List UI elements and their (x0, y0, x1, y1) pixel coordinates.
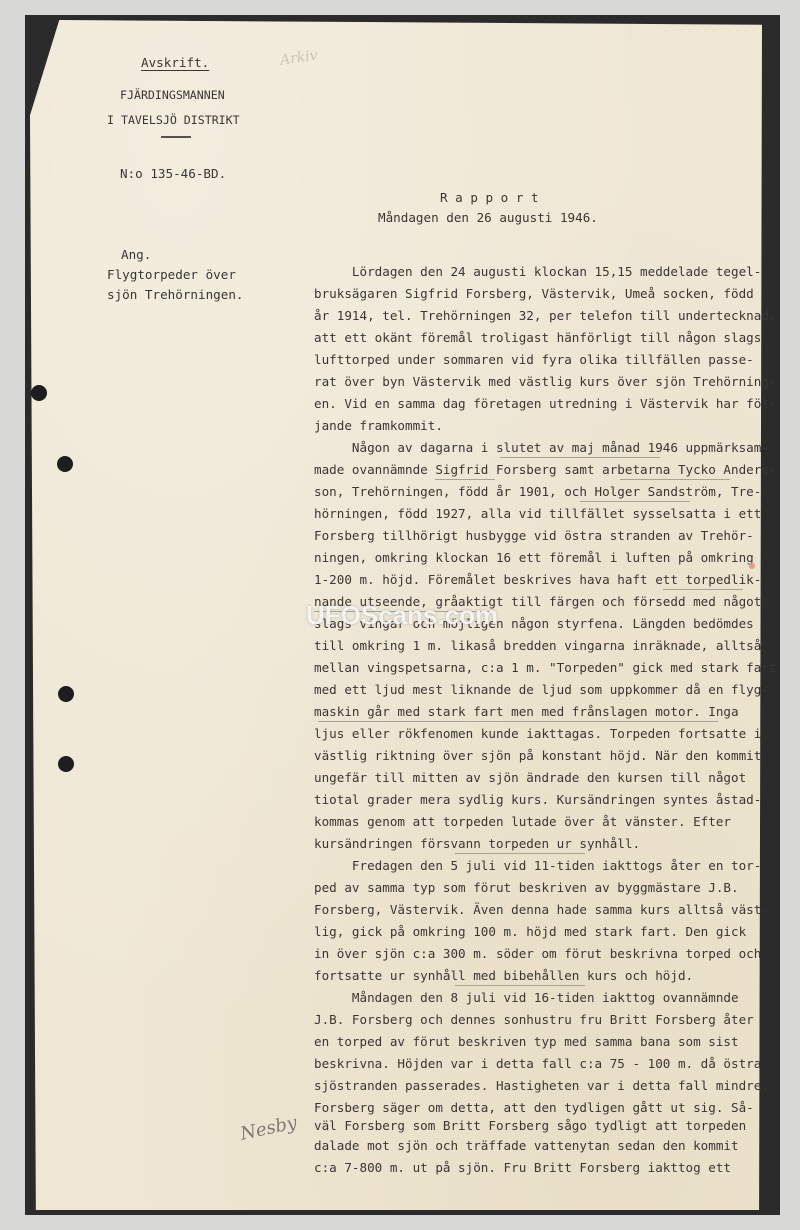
body-line: ungefär till mitten av sjön ändrade den … (314, 770, 746, 785)
body-line: väl Forsberg som Britt Forsberg sågo tyd… (314, 1118, 746, 1133)
body-line: bruksägaren Sigfrid Forsberg, Västervik,… (314, 286, 754, 301)
body-line: sjöstranden passerades. Hastigheten var … (314, 1078, 769, 1093)
body-line: Någon av dagarna i slutet av maj månad 1… (314, 440, 769, 455)
ink-spot (749, 563, 755, 569)
body-line: in över sjön c:a 300 m. söder om förut b… (314, 946, 761, 961)
pen-underline (663, 589, 743, 590)
body-line: maskin går med stark fart men med frånsl… (314, 704, 739, 719)
report-title: R a p p o r t (440, 190, 539, 205)
body-line: till omkring 1 m. likaså bredden vingarn… (314, 638, 761, 653)
body-line: dalade mot sjön och träffade vattenytan … (314, 1138, 739, 1153)
watermark: UFOScans.com (306, 600, 498, 631)
pen-underline (455, 853, 585, 854)
body-line: kommas genom att torpeden lutade över åt… (314, 814, 731, 829)
body-line: Måndagen den 8 juli vid 16-tiden iakttog… (314, 990, 739, 1005)
body-line: en torped av förut beskriven typ med sam… (314, 1034, 739, 1049)
body-line: ljus eller rökfenomen kunde iakttagas. T… (314, 726, 761, 741)
body-line: kursändringen försvann torpeden ur synhå… (314, 836, 640, 851)
punch-hole (31, 385, 47, 401)
body-line: Forsberg säger om detta, att den tydlige… (314, 1100, 754, 1115)
body-line: fortsatte ur synhåll med bibehållen kurs… (314, 968, 693, 983)
reference-number: N:o 135-46-BD. (120, 166, 226, 181)
body-line: västlig riktning över sjön på konstant h… (314, 748, 761, 763)
report-date: Måndagen den 26 augusti 1946. (378, 210, 598, 225)
body-line: Lördagen den 24 augusti klockan 15,15 me… (314, 264, 761, 279)
punch-hole (57, 456, 73, 472)
body-line: Forsberg, Västervik. Även denna hade sam… (314, 902, 769, 917)
pen-underline (500, 457, 660, 458)
copy-label: Avskrift. (141, 55, 209, 70)
body-line: jande framkommit. (314, 418, 443, 433)
pen-underline (620, 479, 730, 480)
office-line-2: I TAVELSJÖ DISTRIKT (107, 113, 240, 127)
pen-underline (580, 501, 690, 502)
body-line: år 1914, tel. Trehörningen 32, per telef… (314, 308, 777, 323)
body-line: Forsberg tillhörigt husbygge vid östra s… (314, 528, 754, 543)
body-line: son, Trehörningen, född år 1901, och Hol… (314, 484, 761, 499)
subject-label: Ang. (121, 247, 151, 262)
body-line: ningen, omkring klockan 16 ett föremål i… (314, 550, 754, 565)
subject-line-2: sjön Trehörningen. (107, 287, 243, 302)
body-line: made ovannämnde Sigfrid Forsberg samt ar… (314, 462, 777, 477)
subject-line-1: Flygtorpeder över (107, 267, 236, 282)
body-line: Fredagen den 5 juli vid 11-tiden iakttog… (314, 858, 761, 873)
body-line: lig, gick på omkring 100 m. höjd med sta… (314, 924, 746, 939)
body-line: lufttorped under sommaren vid fyra olika… (314, 352, 754, 367)
header-rule (161, 136, 191, 138)
body-line: mellan vingspetsarna, c:a 1 m. "Torpeden… (314, 660, 777, 675)
body-line: en. Vid en samma dag företagen utredning… (314, 396, 777, 411)
pen-underline (435, 479, 495, 480)
body-line: med ett ljud mest liknande de ljud som u… (314, 682, 769, 697)
body-line: rat över byn Västervik med västlig kurs … (314, 374, 777, 389)
body-line: att ett okänt föremål troligast hänförli… (314, 330, 761, 345)
body-line: c:a 7-800 m. ut på sjön. Fru Britt Forsb… (314, 1160, 731, 1175)
pen-underline (318, 721, 718, 722)
body-line: hörningen, född 1927, alla vid tillfälle… (314, 506, 761, 521)
punch-hole (58, 756, 74, 772)
body-line: ped av samma typ som förut beskriven av … (314, 880, 739, 895)
body-line: J.B. Forsberg och dennes sonhustru fru B… (314, 1012, 754, 1027)
punch-hole (58, 686, 74, 702)
body-line: 1-200 m. höjd. Föremålet beskrives hava … (314, 572, 761, 587)
pen-underline (455, 985, 585, 986)
body-line: beskrivna. Höjden var i detta fall c:a 7… (314, 1056, 761, 1071)
body-line: tiotal grader mera sydlig kurs. Kursändr… (314, 792, 761, 807)
office-line-1: FJÄRDINGSMANNEN (120, 88, 225, 102)
